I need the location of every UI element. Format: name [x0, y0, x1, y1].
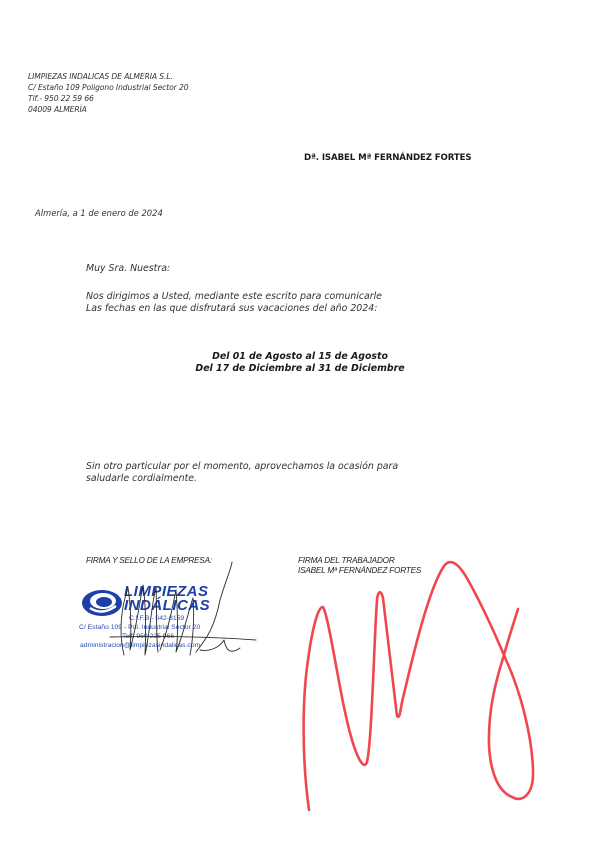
letter-closing: Sin otro particular por el momento, apro… [86, 461, 398, 485]
vacation-periods: Del 01 de Agosto al 15 de Agosto Del 17 … [150, 351, 450, 375]
intro-line: Nos dirigimos a Usted, mediante este esc… [86, 291, 382, 303]
sender-street: C/ Estaño 109 Poligono Industrial Sector… [28, 82, 188, 93]
closing-line: saludarle cordialmente. [86, 473, 398, 485]
letter-date: Almería, a 1 de enero de 2024 [35, 208, 163, 218]
worker-signature-label: FIRMA DEL TRABAJADOR ISABEL Mª FERNÁNDEZ… [298, 556, 421, 576]
sender-company-name: LIMPIEZAS INDALICAS DE ALMERIA S.L. [28, 71, 188, 82]
company-signature-label: FIRMA Y SELLO DE LA EMPRESA: [86, 556, 212, 566]
stamp-email: administracion@limpiezasindalicas.com [80, 642, 200, 649]
closing-line: Sin otro particular por el momento, apro… [86, 461, 398, 473]
worker-signature-title: FIRMA DEL TRABAJADOR [298, 556, 421, 566]
vacation-period: Del 01 de Agosto al 15 de Agosto [150, 351, 450, 363]
stamp-address: C/ Estaño 109 - Pol. Industrial Sector 2… [79, 624, 200, 631]
sender-address-block: LIMPIEZAS INDALICAS DE ALMERIA S.L. C/ E… [28, 71, 188, 115]
company-stamp: LIMPIEZAS INDÁLICAS C.I.F.B - 042-8159 C… [78, 580, 258, 660]
worker-handwritten-signature [304, 562, 533, 810]
letter-greeting: Muy Sra. Nuestra: [86, 263, 170, 274]
sender-phone: Tlf.- 950 22 59 66 [28, 93, 188, 104]
letter-intro: Nos dirigimos a Usted, mediante este esc… [86, 291, 382, 315]
signatures-overlay [0, 0, 595, 841]
company-logo-icon [80, 586, 124, 620]
vacation-period: Del 17 de Diciembre al 31 de Diciembre [150, 363, 450, 375]
stamp-phone: Telf. 950 225 966 [122, 633, 174, 640]
stamp-brand-line2: INDÁLICAS [124, 597, 210, 614]
worker-signature-name: ISABEL Mª FERNÁNDEZ FORTES [298, 566, 421, 576]
intro-line: Las fechas en las que disfrutará sus vac… [86, 303, 382, 315]
sender-city: 04009 ALMERÌA [28, 104, 188, 115]
recipient-name: Dª. ISABEL Mª FERNÁNDEZ FORTES [304, 153, 472, 163]
stamp-cif: C.I.F.B - 042-8159 [129, 615, 184, 622]
